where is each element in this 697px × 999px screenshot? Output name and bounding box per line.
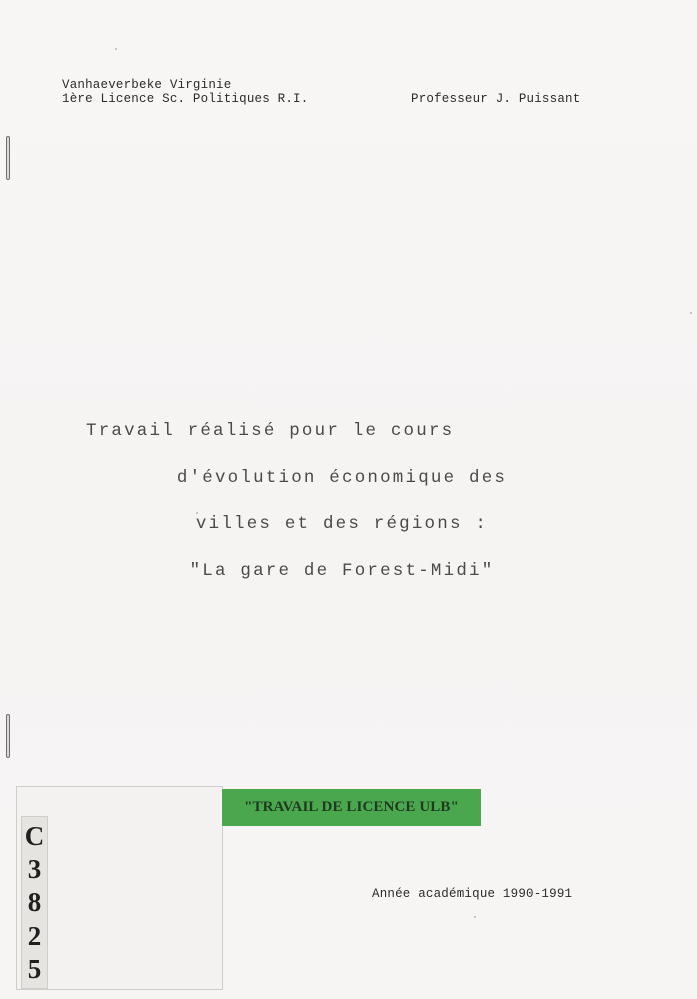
title-line-4: "La gare de Forest-Midi" <box>82 564 602 580</box>
author-block: Vanhaeverbeke Virginie 1ère Licence Sc. … <box>62 78 308 106</box>
call-number-char: 8 <box>28 887 42 917</box>
title-line-1: Travail réalisé pour le cours <box>82 424 602 440</box>
title-line-2: d'évolution économique des <box>82 471 602 487</box>
paper-speck <box>690 312 692 314</box>
ulb-banner-text: "TRAVAIL DE LICENCE ULB" <box>244 799 459 816</box>
paper-speck <box>115 48 117 50</box>
author-program: 1ère Licence Sc. Politiques R.I. <box>62 92 308 106</box>
call-number-char: C <box>25 821 45 851</box>
title-line-3: villes et des régions : <box>82 517 602 533</box>
professor-name: Professeur J. Puissant <box>411 92 580 106</box>
author-name: Vanhaeverbeke Virginie <box>62 78 308 92</box>
document-page: Vanhaeverbeke Virginie 1ère Licence Sc. … <box>0 0 697 999</box>
call-number-char: 3 <box>28 854 42 884</box>
call-number-char: 2 <box>28 921 42 951</box>
call-number-label: C 3 8 2 5 <box>21 816 48 989</box>
academic-year: Année académique 1990-1991 <box>372 887 572 901</box>
paper-speck <box>474 916 476 918</box>
paper-speck <box>196 512 198 514</box>
ulb-thesis-banner: "TRAVAIL DE LICENCE ULB" <box>222 789 481 826</box>
document-title: Travail réalisé pour le cours d'évolutio… <box>82 393 602 610</box>
binding-hole-top <box>6 136 10 180</box>
binding-hole-bottom <box>6 714 10 758</box>
call-number-char: 5 <box>28 954 42 984</box>
